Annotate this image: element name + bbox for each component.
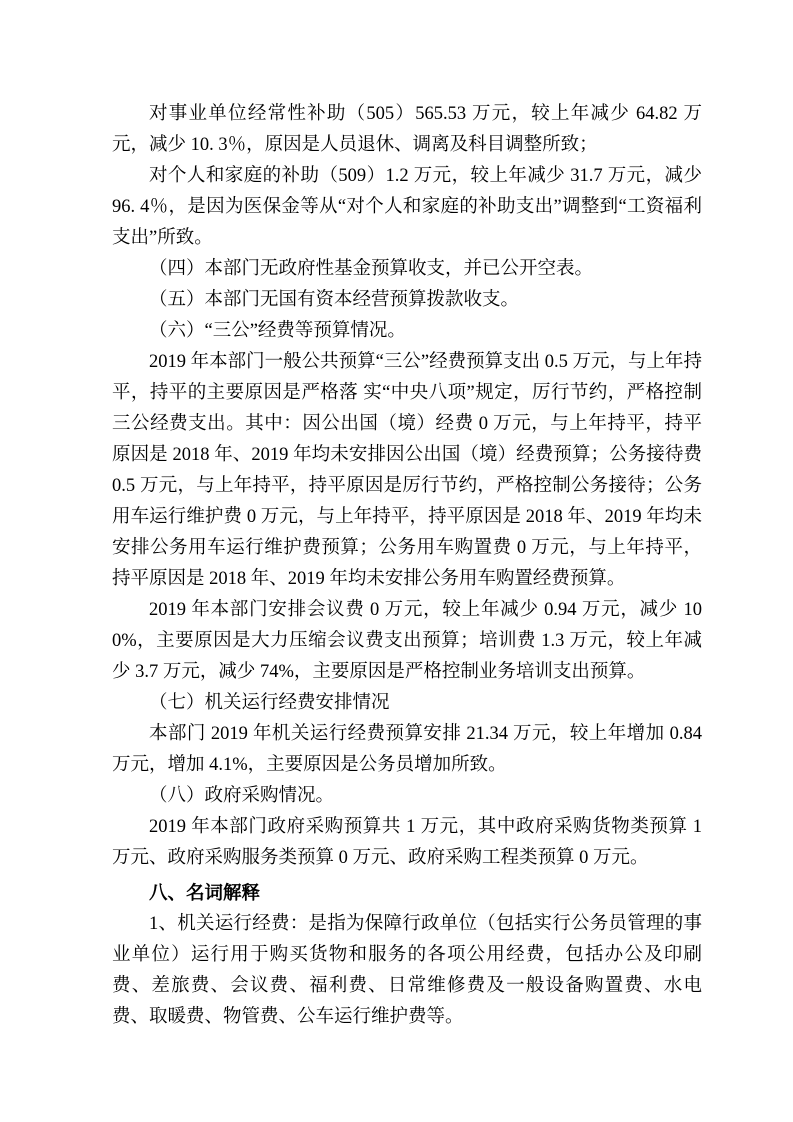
item-6-three-public-expenses-title: （六）“三公”经费等预算情况。	[112, 316, 702, 347]
para-three-public-expenses-detail: 2019 年本部门一般公共预算“三公”经费预算支出 0.5 万元，与上年持平，持…	[112, 347, 702, 595]
para-meeting-and-training-fees: 2019 年本部门安排会议费 0 万元，较上年减少 0.94 万元，减少 100…	[112, 595, 702, 688]
document-body: 对事业单位经常性补助（505）565.53 万元，较上年减少 64.82 万元，…	[112, 99, 702, 1033]
item-8-government-procurement-title: （八）政府采购情况。	[112, 781, 702, 812]
para-operating-expenses-detail: 本部门 2019 年机关运行经费预算安排 21.34 万元，较上年增加 0.84…	[112, 719, 702, 781]
para-subsidy-individuals-509: 对个人和家庭的补助（509）1.2 万元，较上年减少 31.7 万元，减少 96…	[112, 161, 702, 254]
section-heading-terminology: 八、名词解释	[112, 878, 702, 909]
item-5-no-state-capital-budget: （五）本部门无国有资本经营预算拨款收支。	[112, 285, 702, 316]
para-subsidy-institutions-505: 对事业单位经常性补助（505）565.53 万元，较上年减少 64.82 万元，…	[112, 99, 702, 161]
item-4-no-government-fund-budget: （四）本部门无政府性基金预算收支，并已公开空表。	[112, 254, 702, 285]
para-government-procurement-detail: 2019 年本部门政府采购预算共 1 万元，其中政府采购货物类预算 1 万元、政…	[112, 812, 702, 874]
para-term-definition-operating-funds: 1、机关运行经费：是指为保障行政单位（包括实行公务员管理的事业单位）运行用于购买…	[112, 909, 702, 1033]
document-page: 对事业单位经常性补助（505）565.53 万元，较上年减少 64.82 万元，…	[0, 0, 793, 1122]
item-7-operating-expenses-title: （七）机关运行经费安排情况	[112, 688, 702, 719]
